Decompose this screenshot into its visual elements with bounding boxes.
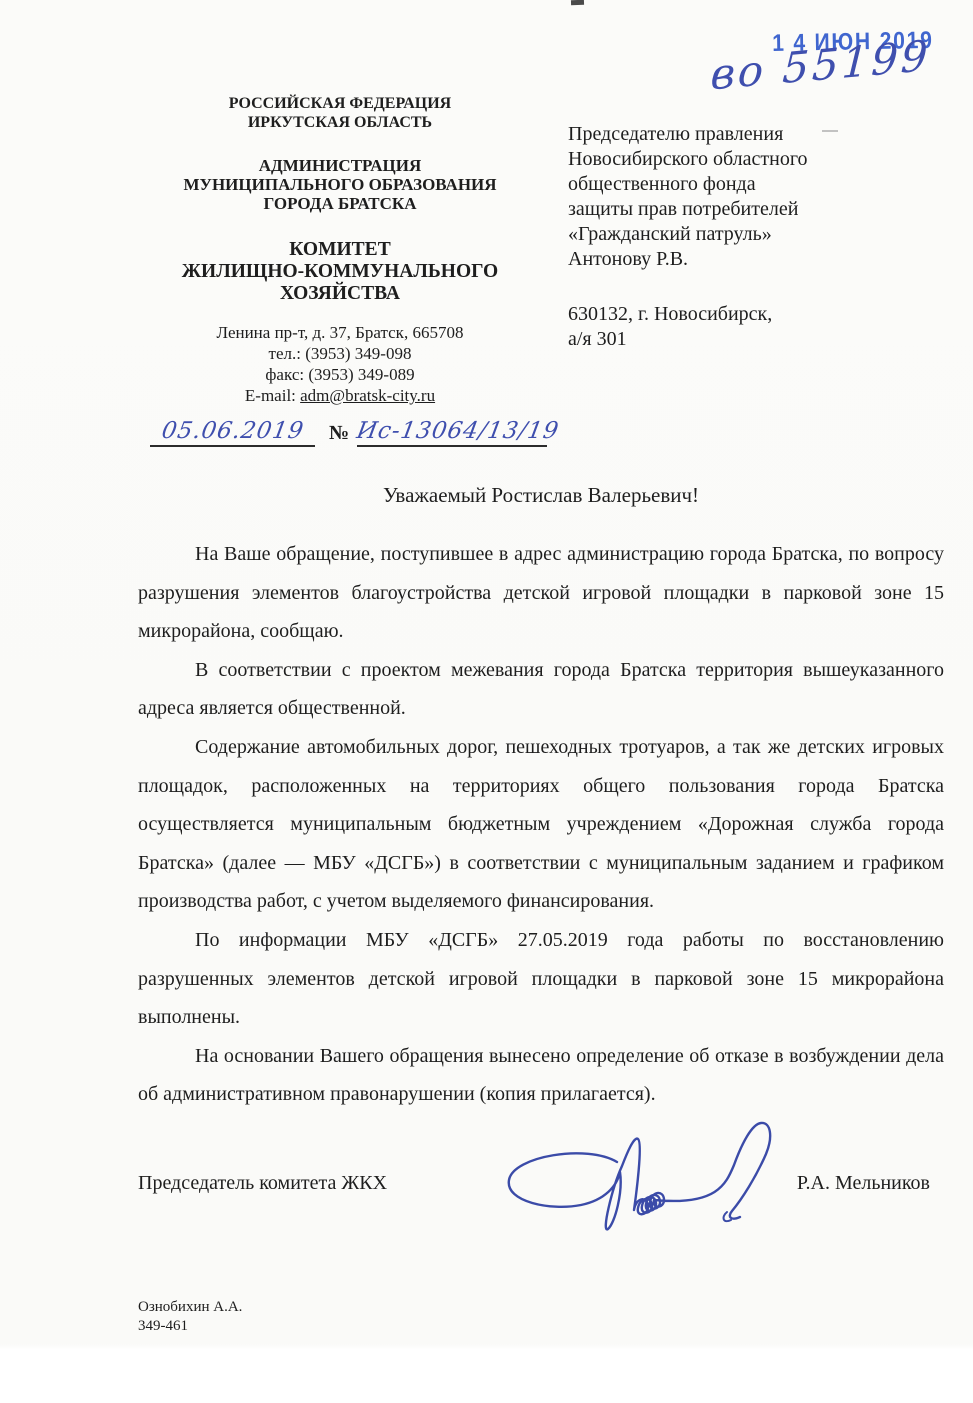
letterhead-country: РОССИЙСКАЯ ФЕДЕРАЦИЯ (140, 94, 540, 113)
letter-body: Уважаемый Ростислав Валерьевич! На Ваше … (138, 482, 944, 1114)
paragraph-5: На основании Вашего обращения вынесено о… (138, 1037, 944, 1114)
salutation: Уважаемый Ростислав Валерьевич! (138, 482, 944, 508)
email-label: E-mail: (245, 386, 300, 405)
letterhead-address: Ленина пр-т, д. 37, Братск, 665708 (140, 322, 540, 343)
handwritten-number: Ис-13064/13/19 (355, 418, 562, 444)
outgoing-number-field: Ис-13064/13/19 (357, 418, 547, 447)
letterhead-committee: КОМИТЕТ ЖИЛИЩНО-КОММУНАЛЬНОГО ХОЗЯЙСТВА (140, 239, 540, 305)
letterhead-committee-line1: КОМИТЕТ (140, 239, 540, 261)
scan-artifact-top (571, 0, 584, 5)
paragraph-2: В соответствии с проектом межевания горо… (138, 651, 944, 728)
letterhead-contacts: Ленина пр-т, д. 37, Братск, 665708 тел.:… (140, 322, 540, 406)
recipient-line-1: Председателю правления (568, 122, 918, 147)
letterhead-email-line: E-mail: adm@bratsk-city.ru (140, 385, 540, 406)
letterhead-region: ИРКУТСКАЯ ОБЛАСТЬ (140, 113, 540, 132)
recipient-gap (568, 272, 918, 302)
email-address: adm@bratsk-city.ru (300, 386, 435, 405)
letterhead-org-line1: АДМИНИСТРАЦИЯ (140, 156, 540, 175)
reference-line: 05.06.2019 № Ис-13064/13/19 (150, 418, 550, 447)
number-sign: № (329, 422, 349, 445)
paragraph-3: Содержание автомобильных дорог, пешеходн… (138, 728, 944, 921)
paragraph-4: По информации МБУ «ДСГБ» 27.05.2019 года… (138, 921, 944, 1037)
recipient-postal-2: а/я 301 (568, 327, 918, 352)
executor-phone: 349-461 (138, 1317, 242, 1336)
handwritten-date: 05.06.2019 (159, 418, 305, 444)
letterhead-committee-line3: ХОЗЯЙСТВА (140, 283, 540, 305)
letterhead-committee-line2: ЖИЛИЩНО-КОММУНАЛЬНОГО (140, 261, 540, 283)
recipient-block: Председателю правления Новосибирского об… (568, 122, 918, 352)
executor-block: Ознобихин А.А. 349-461 (138, 1298, 242, 1336)
recipient-line-2: Новосибирского областного (568, 147, 918, 172)
signer-name: Р.А. Мельников (797, 1172, 930, 1195)
handwritten-registration-number: во 55199 (709, 31, 931, 100)
letterhead: РОССИЙСКАЯ ФЕДЕРАЦИЯ ИРКУТСКАЯ ОБЛАСТЬ А… (140, 94, 540, 406)
letterhead-phone: тел.: (3953) 349-098 (140, 343, 540, 364)
recipient-postal-1: 630132, г. Новосибирск, (568, 302, 918, 327)
recipient-line-3: общественного фонда (568, 172, 918, 197)
handwritten-signature (495, 1116, 780, 1236)
outgoing-date-field: 05.06.2019 (150, 418, 315, 447)
recipient-line-5: «Гражданский патруль» (568, 222, 918, 247)
letterhead-fax: факс: (3953) 349-089 (140, 364, 540, 385)
recipient-line-4: защиты прав потребителей (568, 197, 918, 222)
signer-position: Председатель комитета ЖКХ (138, 1172, 387, 1195)
letterhead-org-line3: ГОРОДА БРАТСКА (140, 194, 540, 213)
letterhead-top: РОССИЙСКАЯ ФЕДЕРАЦИЯ ИРКУТСКАЯ ОБЛАСТЬ (140, 94, 540, 132)
scanned-letter: { "colors": { "ink_blue": "#3f4fae", "st… (0, 0, 973, 1403)
recipient-line-6: Антонову Р.В. (568, 247, 918, 272)
letterhead-org-line2: МУНИЦИПАЛЬНОГО ОБРАЗОВАНИЯ (140, 175, 540, 194)
letterhead-organization: АДМИНИСТРАЦИЯ МУНИЦИПАЛЬНОГО ОБРАЗОВАНИЯ… (140, 156, 540, 213)
executor-name: Ознобихин А.А. (138, 1298, 242, 1317)
paragraph-1: На Ваше обращение, поступившее в адрес а… (138, 535, 944, 651)
